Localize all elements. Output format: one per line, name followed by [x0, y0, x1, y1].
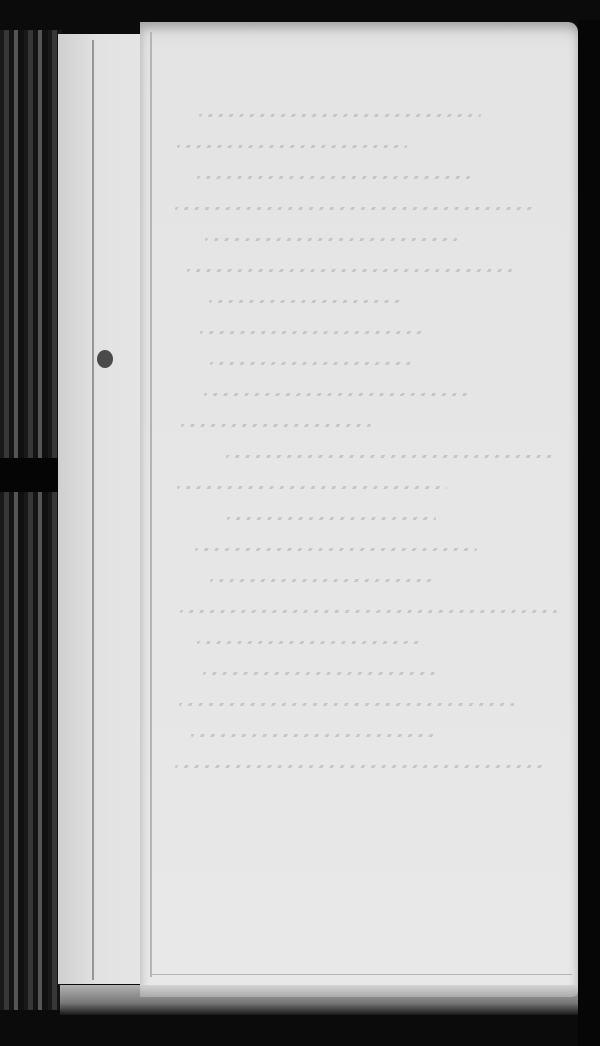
handwritten-line: [170, 133, 570, 160]
faint-ink-stroke: [210, 579, 438, 582]
handwritten-line: [170, 474, 570, 501]
page-bottom-edge: [60, 985, 580, 1015]
handwritten-line: [170, 412, 570, 439]
book-spine: [0, 30, 62, 1010]
faint-ink-stroke: [179, 703, 514, 706]
faint-ink-stroke: [199, 114, 481, 117]
handwritten-line: [170, 567, 570, 594]
handwritten-line: [170, 164, 570, 191]
bottom-rule: [152, 974, 572, 975]
handwritten-line: [170, 660, 570, 687]
scanned-document: [0, 0, 600, 1046]
margin-rule: [150, 32, 152, 977]
ink-blot: [97, 350, 113, 368]
flyleaf-edge: [92, 40, 94, 980]
handwritten-line: [170, 257, 570, 284]
handwritten-line: [170, 443, 570, 470]
faint-ink-stroke: [227, 517, 436, 520]
handwritten-text-block: [170, 102, 570, 784]
handwritten-line: [170, 226, 570, 253]
faint-ink-stroke: [187, 269, 518, 272]
handwritten-line: [170, 536, 570, 563]
handwritten-line: [170, 691, 570, 718]
faint-ink-stroke: [200, 331, 422, 334]
faint-ink-stroke: [204, 393, 470, 396]
handwritten-line: [170, 195, 570, 222]
faint-ink-stroke: [203, 672, 441, 675]
handwritten-line: [170, 722, 570, 749]
faint-ink-stroke: [195, 548, 477, 551]
handwritten-line: [170, 350, 570, 377]
faint-ink-stroke: [197, 176, 470, 179]
faint-ink-stroke: [209, 300, 402, 303]
handwritten-line: [170, 288, 570, 315]
handwritten-line: [170, 102, 570, 129]
faint-ink-stroke: [180, 610, 557, 613]
faint-ink-stroke: [175, 207, 535, 210]
faint-ink-stroke: [177, 145, 407, 148]
handwritten-line: [170, 505, 570, 532]
faint-ink-stroke: [177, 486, 447, 489]
handwritten-line: [170, 598, 570, 625]
manuscript-page: [140, 22, 578, 997]
faint-ink-stroke: [181, 424, 371, 427]
handwritten-line: [170, 629, 570, 656]
faint-ink-stroke: [205, 238, 457, 241]
faint-ink-stroke: [226, 455, 555, 458]
handwritten-line: [170, 753, 570, 780]
handwritten-line: [170, 319, 570, 346]
scan-shadow: [578, 20, 600, 1046]
faint-ink-stroke: [175, 765, 545, 768]
faint-ink-stroke: [210, 362, 417, 365]
handwritten-line: [170, 381, 570, 408]
faint-ink-stroke: [191, 734, 437, 737]
faint-ink-stroke: [197, 641, 420, 644]
